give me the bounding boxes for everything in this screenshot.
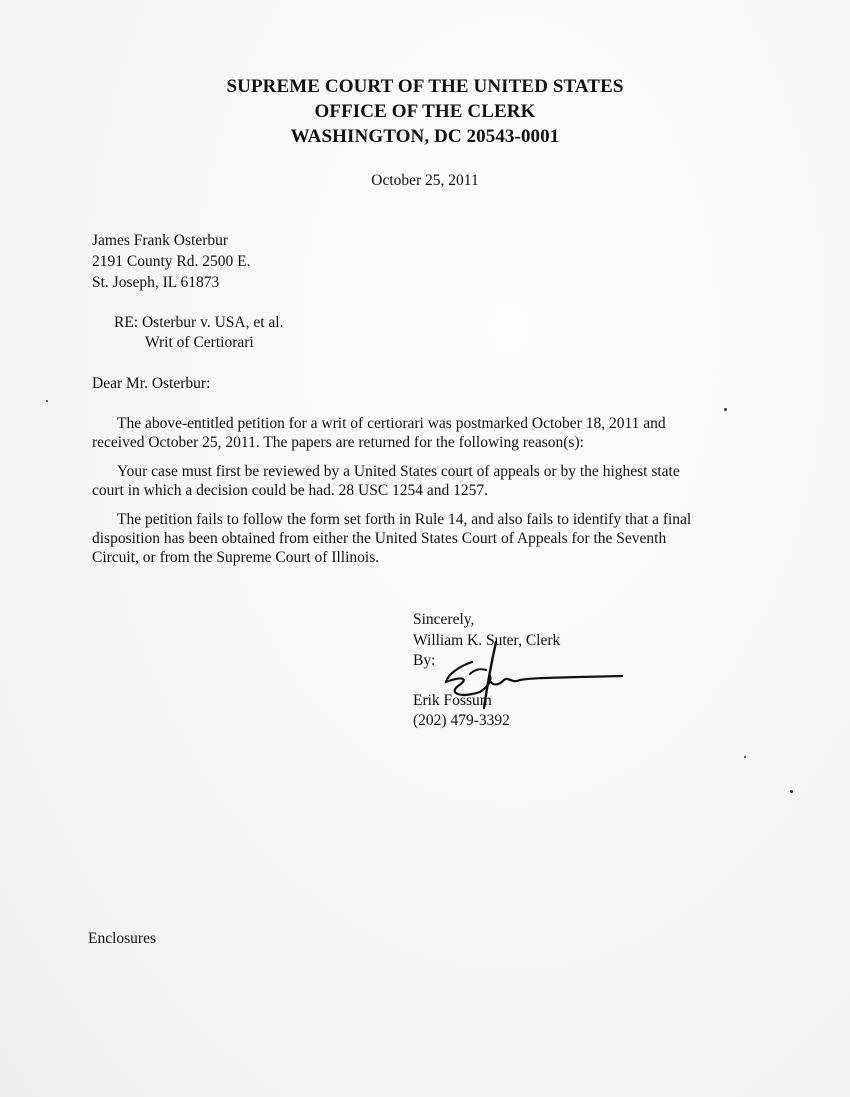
scan-speck [744,756,746,758]
letterhead-office: OFFICE OF THE CLERK [0,101,850,123]
scan-speck [790,790,793,793]
scan-speck [724,408,727,411]
recipient-name: James Frank Osterbur [92,232,228,250]
valediction: Sincerely, [413,611,474,629]
scan-speck [46,400,48,402]
recipient-address-line2: St. Joseph, IL 61873 [92,274,219,292]
letter-page: SUPREME COURT OF THE UNITED STATES OFFIC… [0,0,850,1097]
enclosures-note: Enclosures [88,930,156,948]
recipient-address-line1: 2191 County Rd. 2500 E. [92,253,250,271]
paragraph-reason-review: Your case must first be reviewed by a Un… [92,462,712,500]
letterhead-court: SUPREME COURT OF THE UNITED STATES [0,76,850,98]
letterhead-address: WASHINGTON, DC 20543-0001 [0,126,850,148]
paragraph-reason-form: The petition fails to follow the form se… [92,510,712,567]
re-subject: Writ of Certiorari [145,334,254,352]
paragraph-received: The above-entitled petition for a writ o… [92,414,712,452]
salutation: Dear Mr. Osterbur: [92,375,210,393]
letter-date: October 25, 2011 [0,172,850,190]
re-case-name: RE: Osterbur v. USA, et al. [114,314,283,332]
signer-phone: (202) 479-3392 [413,712,510,730]
signer-name: Erik Fossum [413,692,492,710]
